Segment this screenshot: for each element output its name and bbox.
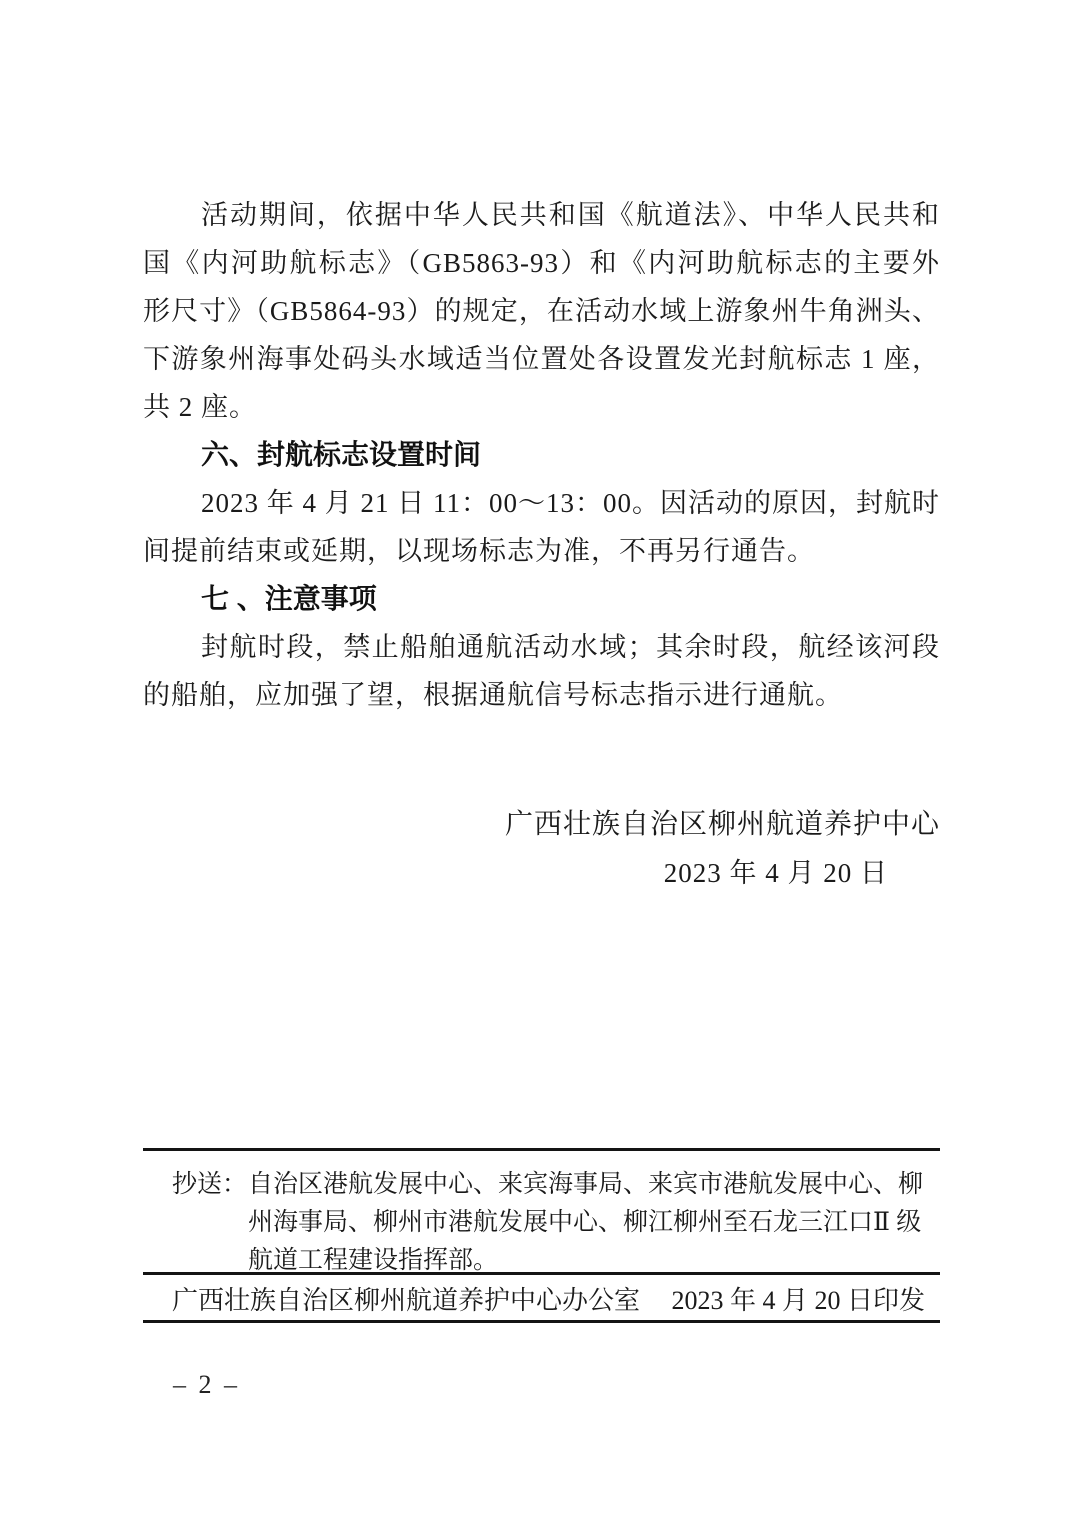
signature-block: 广西壮族自治区柳州航道养护中心 2023 年 4 月 20 日: [143, 801, 940, 897]
cc-line-text: 州海事局、柳州市港航发展中心、柳江柳州至石龙三江口Ⅱ 级: [172, 1204, 932, 1242]
paragraph-notes: 封航时段，禁止船舶通航活动水域；其余时段，航经该河段 的船舶，应加强了望，根据通…: [143, 623, 940, 719]
footer-divider-top: [143, 1148, 940, 1151]
paragraph-line: 活动期间，依据中华人民共和国《航道法》、中华人民共和: [143, 191, 940, 239]
paragraph-line: 形尺寸》（GB5864-93）的规定，在活动水域上游象州牛角洲头、: [143, 287, 940, 335]
issuer-row: 广西壮族自治区柳州航道养护中心办公室 2023 年 4 月 20 日印发: [172, 1284, 925, 1318]
paragraph-line: 2023 年 4 月 21 日 11：00～13：00。因活动的原因，封航时: [143, 479, 940, 527]
paragraph-line: 的船舶，应加强了望，根据通航信号标志指示进行通航。: [143, 671, 940, 719]
cc-line-text: 自治区港航发展中心、来宾海事局、来宾市港航发展中心、柳: [248, 1166, 923, 1204]
issue-date: 2023 年 4 月 20 日印发: [671, 1284, 925, 1318]
footer-divider-bottom: [143, 1320, 940, 1323]
cc-line: 抄送：自治区港航发展中心、来宾海事局、来宾市港航发展中心、柳: [172, 1166, 932, 1204]
paragraph-line: 共 2 座。: [143, 383, 940, 431]
paragraph-regulations: 活动期间，依据中华人民共和国《航道法》、中华人民共和 国《内河助航标志》（GB5…: [143, 191, 940, 431]
signature-date: 2023 年 4 月 20 日: [143, 849, 940, 897]
cc-label: 抄送：: [172, 1166, 248, 1204]
section-heading-six: 六、封航标志设置时间: [143, 431, 940, 479]
paragraph-line: 下游象州海事处码头水域适当位置处各设置发光封航标志 1 座，: [143, 335, 940, 383]
section-heading-seven: 七 、注意事项: [143, 575, 940, 623]
issuing-office: 广西壮族自治区柳州航道养护中心办公室: [172, 1284, 640, 1318]
paragraph-line: 国《内河助航标志》（GB5863-93）和《内河助航标志的主要外: [143, 239, 940, 287]
document-body: 活动期间，依据中华人民共和国《航道法》、中华人民共和 国《内河助航标志》（GB5…: [143, 191, 940, 897]
paragraph-line: 间提前结束或延期，以现场标志为准，不再另行通告。: [143, 527, 940, 575]
page-number: – 2 –: [173, 1368, 240, 1402]
paragraph-line: 封航时段，禁止船舶通航活动水域；其余时段，航经该河段: [143, 623, 940, 671]
paragraph-closure-time: 2023 年 4 月 21 日 11：00～13：00。因活动的原因，封航时 间…: [143, 479, 940, 575]
cc-block: 抄送：自治区港航发展中心、来宾海事局、来宾市港航发展中心、柳 州海事局、柳州市港…: [172, 1166, 932, 1280]
signature-org: 广西壮族自治区柳州航道养护中心: [143, 801, 940, 849]
document-page: 活动期间，依据中华人民共和国《航道法》、中华人民共和 国《内河助航标志》（GB5…: [0, 0, 1080, 1527]
footer-divider-middle: [143, 1272, 940, 1275]
